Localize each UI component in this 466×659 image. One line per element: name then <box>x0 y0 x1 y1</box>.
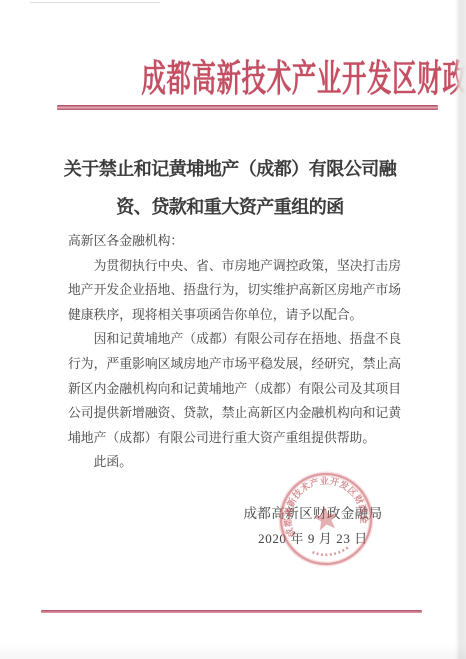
photo-edge-right <box>455 0 466 659</box>
letterhead-title: 成都高新技术产业开发区财政金融局 <box>141 48 466 102</box>
letterhead: 成都高新技术产业开发区财政金融局 <box>38 48 466 102</box>
photo-edge-bottom <box>0 643 466 659</box>
official-letter-page: 成都高新技术产业开发区财政金融局 关于禁止和记黄埔地产（成都）有限公司融 资、贷… <box>0 0 466 659</box>
star-icon <box>312 504 340 531</box>
seal-code-marks <box>312 547 348 557</box>
document-title: 关于禁止和记黄埔地产（成都）有限公司融 资、贷款和重大资产重组的函 <box>0 150 460 226</box>
document-title-line-2: 资、贷款和重大资产重组的函 <box>0 188 460 226</box>
document-body: 高新区各金融机构： 为贯彻执行中央、省、市房地产调控政策，坚决打击房地产开发企业… <box>68 229 401 475</box>
photo-edge-top <box>30 2 160 3</box>
footer-divider <box>41 610 422 613</box>
paragraph-2: 因和记黄埔地产（成都）有限公司存在捂地、捂盘不良行为，严重影响区域房地产市场平稳… <box>68 327 401 450</box>
document-title-line-1: 关于禁止和记黄埔地产（成都）有限公司融 <box>0 150 460 188</box>
official-seal: 成都高新技术产业开发区财政金融局 <box>270 463 383 576</box>
paragraph-1: 为贯彻执行中央、省、市房地产调控政策，坚决打击房地产开发企业捂地、捂盘行为，切实… <box>68 254 401 328</box>
salutation: 高新区各金融机构： <box>68 229 401 254</box>
letterhead-divider <box>57 105 438 110</box>
